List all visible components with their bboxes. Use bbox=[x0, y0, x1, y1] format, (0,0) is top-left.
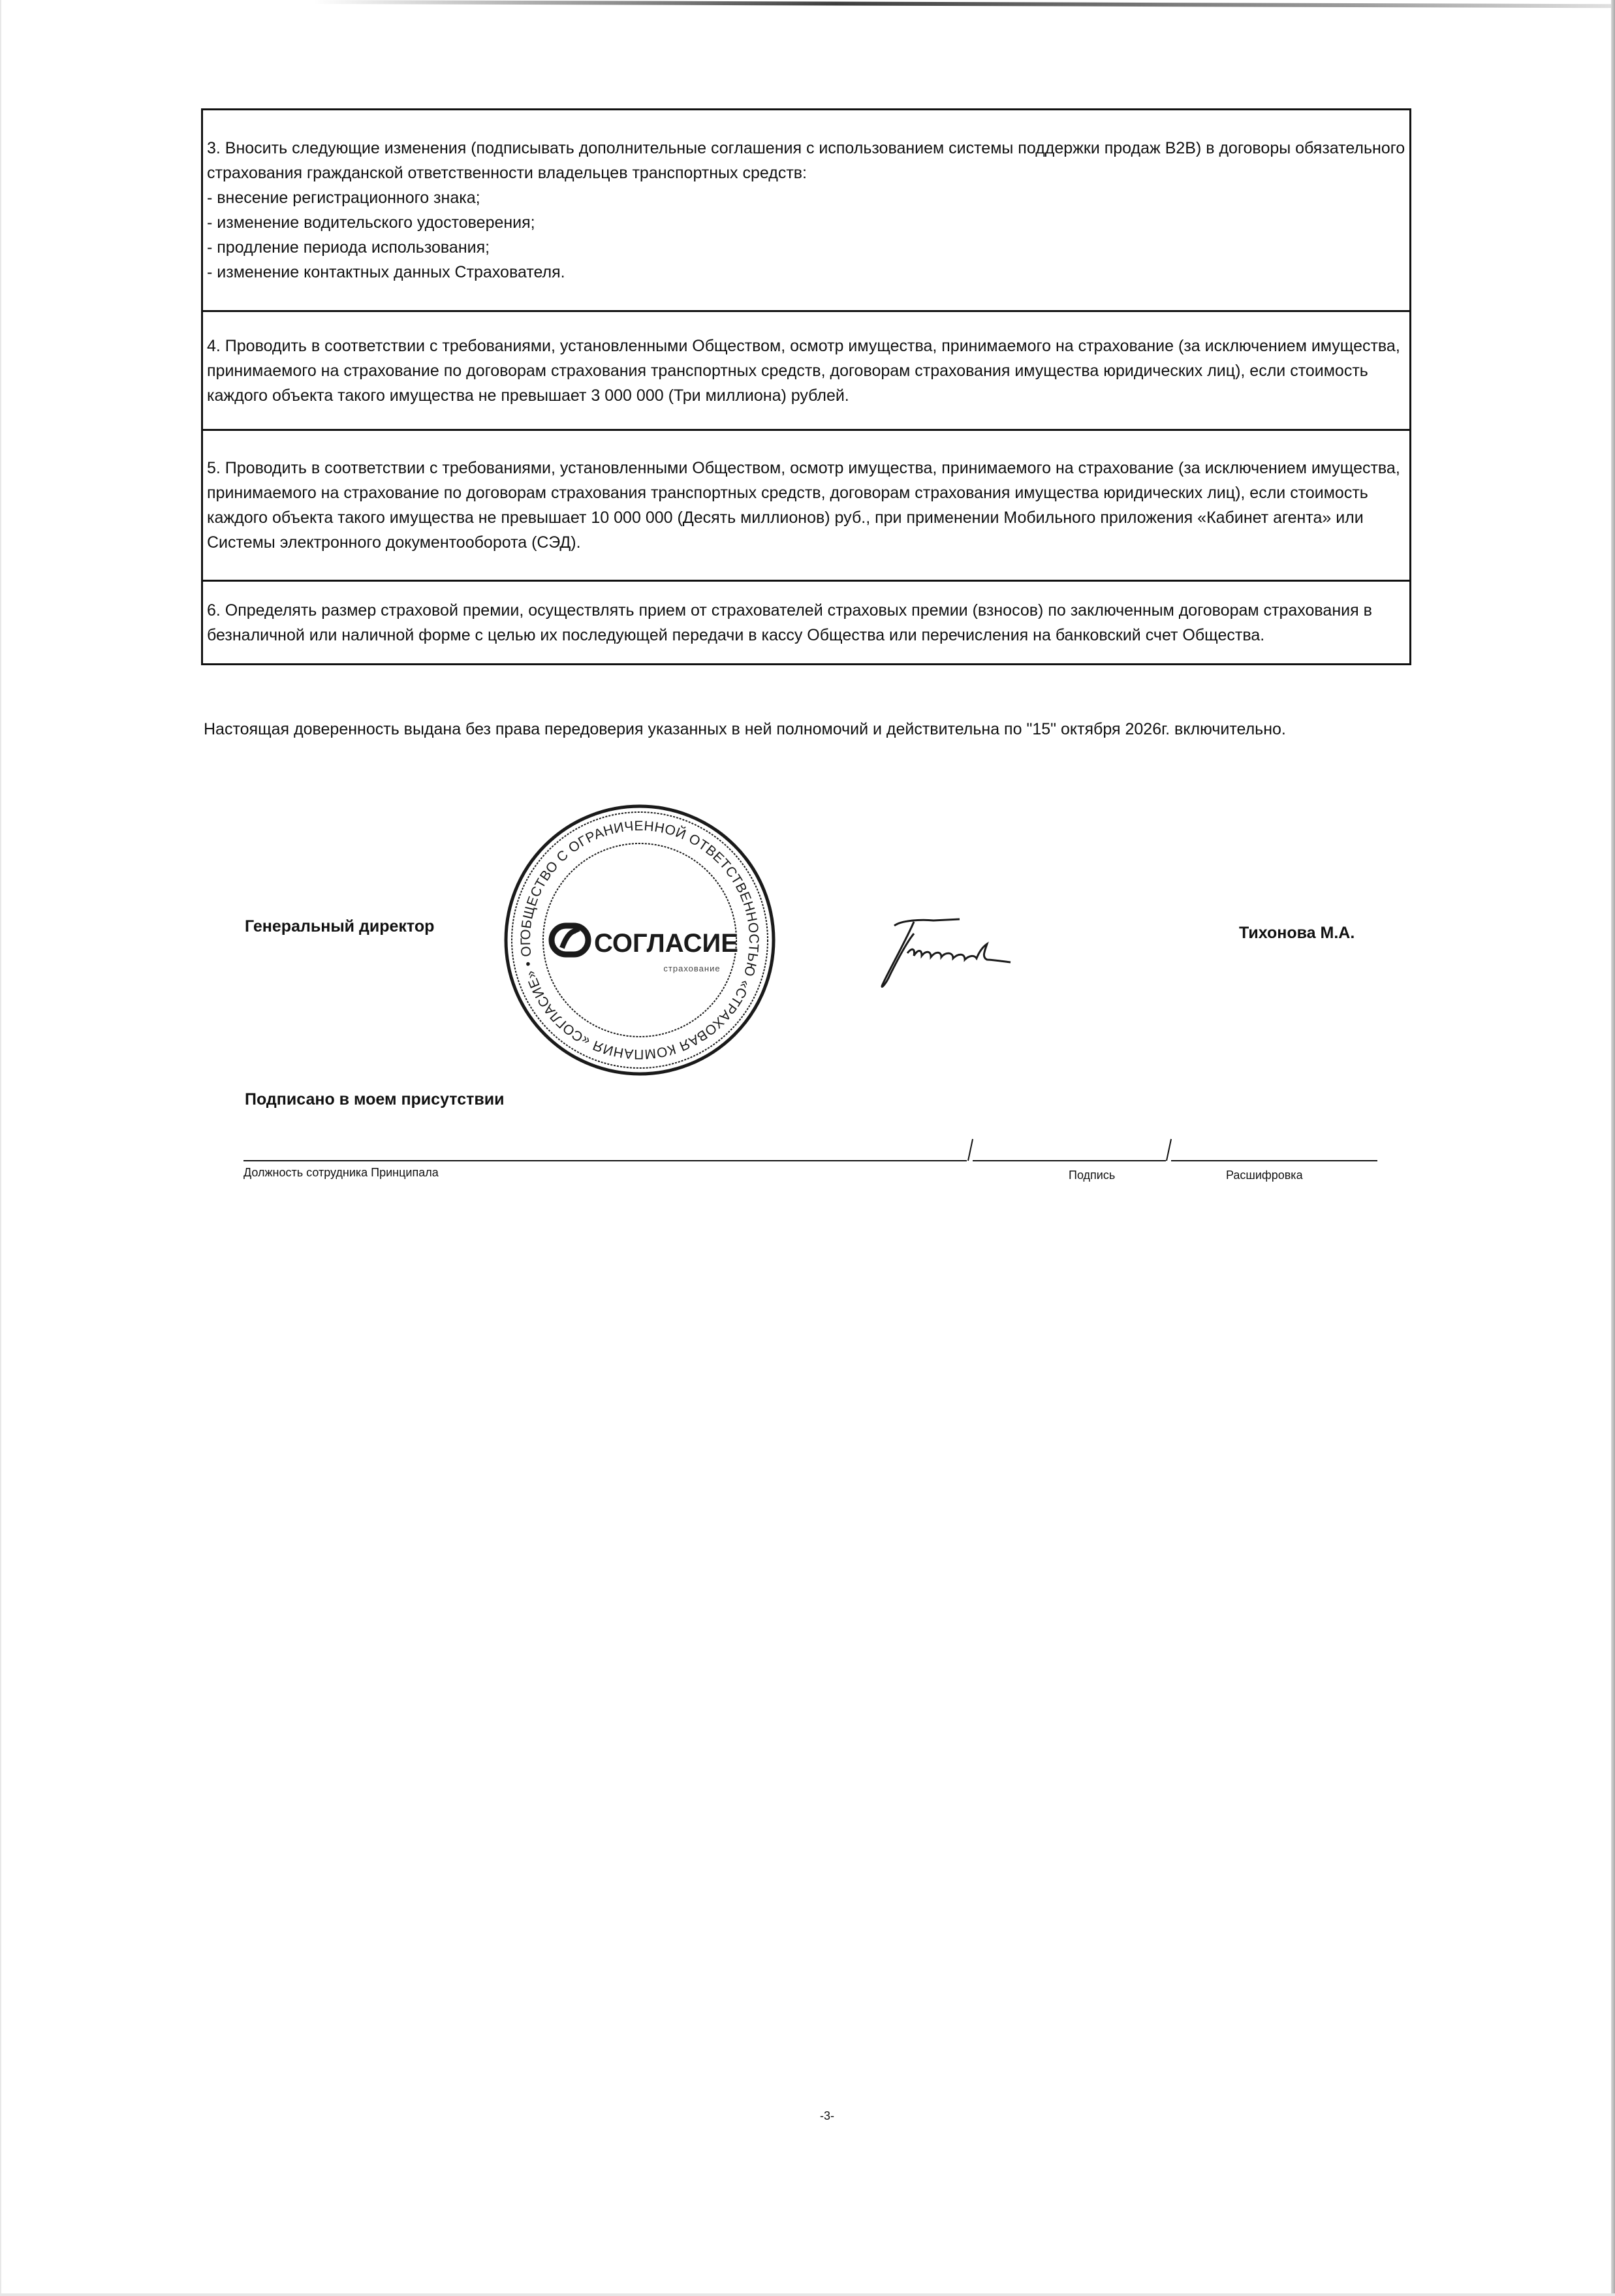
signatory-role: Генеральный директор bbox=[245, 917, 434, 936]
signatory-name: Тихонова М.А. bbox=[1239, 924, 1355, 943]
power-sub-item: - изменение водительского удостоверения; bbox=[207, 210, 1405, 235]
separator-slash bbox=[1166, 1139, 1172, 1161]
decoding-line bbox=[1171, 1160, 1377, 1161]
separator-slash bbox=[967, 1139, 973, 1161]
signature-line bbox=[973, 1160, 1166, 1161]
position-line bbox=[243, 1160, 967, 1161]
stamp-seal-icon: ОБЩЕСТВО С ОГРАНИЧЕННОЙ ОТВЕТСТВЕННОСТЬЮ… bbox=[496, 796, 783, 1084]
witness-label: Подписано в моем присутствии bbox=[245, 1090, 504, 1109]
power-item-text: 5. Проводить в соответствии с требования… bbox=[207, 456, 1405, 555]
power-sub-item: - продление периода использования; bbox=[207, 235, 1405, 260]
page-number: -3- bbox=[820, 2109, 834, 2123]
power-sub-item: - изменение контактных данных Страховате… bbox=[207, 260, 1405, 285]
power-item-text: 4. Проводить в соответствии с требования… bbox=[207, 334, 1405, 408]
caption-position: Должность сотрудника Принципала bbox=[243, 1166, 439, 1180]
soglasie-logo-icon bbox=[552, 926, 588, 954]
power-item-3: 3. Вносить следующие изменения (подписыв… bbox=[203, 110, 1409, 310]
power-sub-item: - внесение регистрационного знака; bbox=[207, 185, 1405, 210]
power-item-5: 5. Проводить в соответствии с требования… bbox=[203, 429, 1409, 580]
power-item-text: 3. Вносить следующие изменения (подписыв… bbox=[207, 136, 1405, 185]
power-sub-list: - внесение регистрационного знака; - изм… bbox=[207, 185, 1405, 285]
scan-edge-bottom bbox=[0, 2293, 1615, 2296]
company-stamp: ОБЩЕСТВО С ОГРАНИЧЕННОЙ ОТВЕТСТВЕННОСТЬЮ… bbox=[496, 796, 783, 1084]
caption-decoding: Расшифровка bbox=[1226, 1169, 1303, 1182]
scan-edge-left bbox=[0, 0, 1, 2296]
scan-edge-right bbox=[1611, 0, 1615, 2296]
power-item-4: 4. Проводить в соответствии с требования… bbox=[203, 310, 1409, 429]
scan-edge-top bbox=[313, 0, 1615, 8]
power-item-text: 6. Определять размер страховой премии, о… bbox=[207, 598, 1405, 648]
powers-table: 3. Вносить следующие изменения (подписыв… bbox=[201, 108, 1411, 665]
stamp-subtitle: страхование bbox=[663, 964, 720, 973]
power-item-6: 6. Определять размер страховой премии, о… bbox=[203, 580, 1409, 663]
signature-scribble-icon bbox=[868, 901, 1116, 992]
caption-signature: Подпись bbox=[1069, 1169, 1115, 1182]
stamp-brand: СОГЛАСИЕ bbox=[594, 929, 738, 958]
handwritten-signature bbox=[868, 901, 1116, 992]
validity-statement: Настоящая доверенность выдана без права … bbox=[204, 718, 1286, 740]
